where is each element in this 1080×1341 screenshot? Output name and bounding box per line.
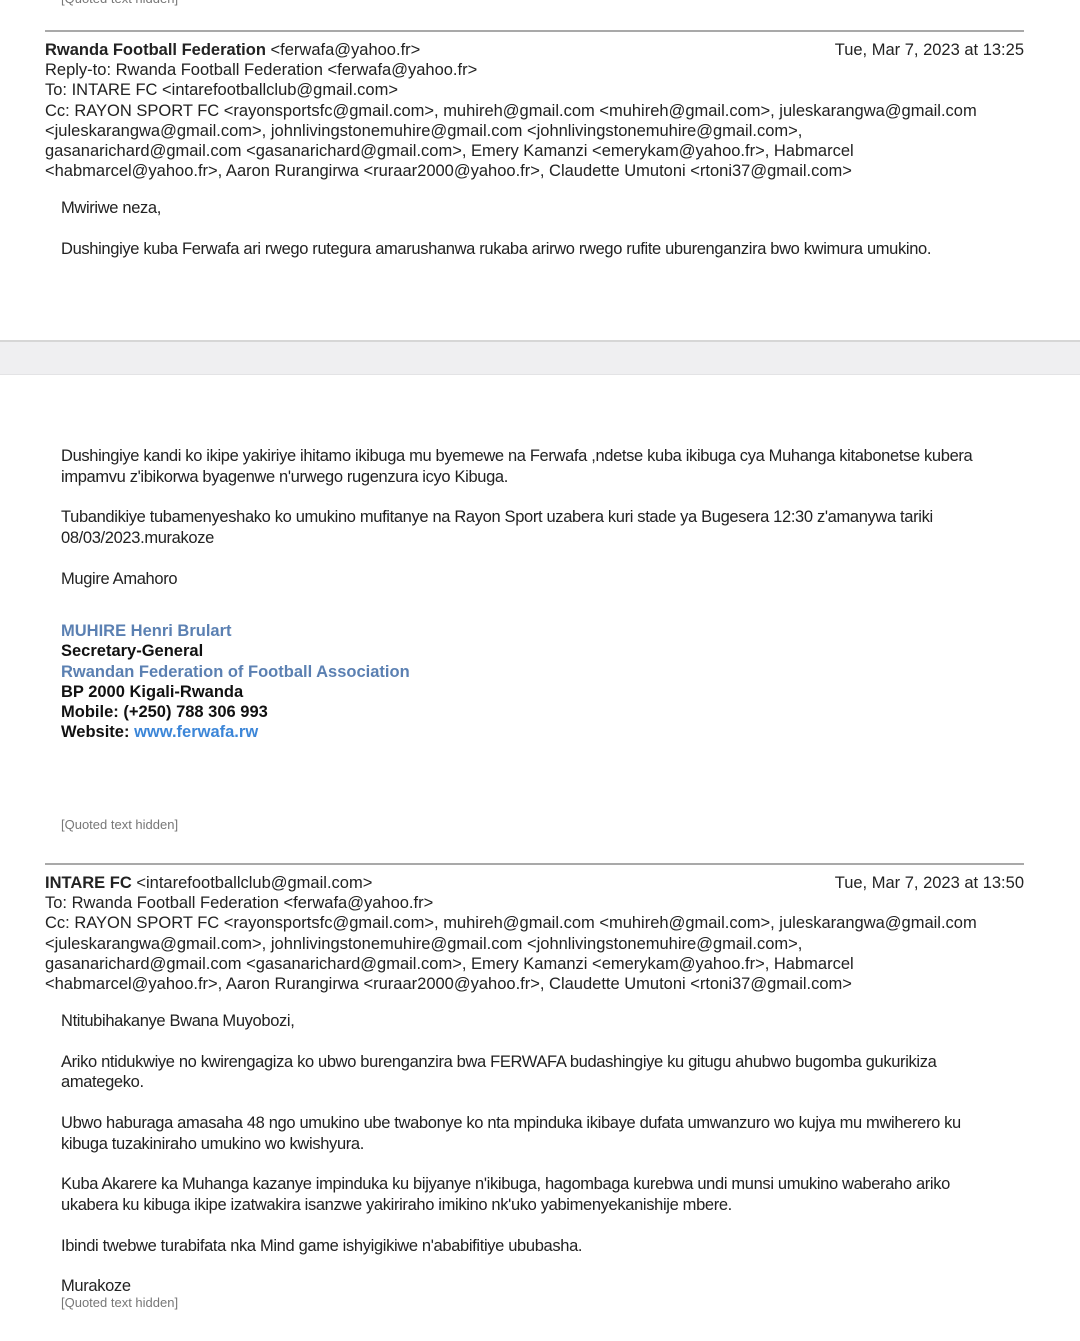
message1-to: To: INTARE FC <intarefootballclub@gmail.… xyxy=(45,80,1024,100)
body-paragraph: Tubandikiye tubamenyeshako ko umukino mu… xyxy=(61,507,1001,548)
email-thread-page: [Quoted text hidden] Rwanda Football Fed… xyxy=(0,0,1080,1341)
signature-website-link[interactable]: www.ferwafa.rw xyxy=(134,723,258,741)
message1-sender-email: <ferwafa@yahoo.fr> xyxy=(271,41,421,59)
signature-website-row: Website: www.ferwafa.rw xyxy=(61,722,410,742)
cc-line: <juleskarangwa@gmail.com>, johnlivingsto… xyxy=(45,934,1024,954)
page-break-band xyxy=(0,340,1080,375)
message1-sender-name: Rwanda Football Federation xyxy=(45,41,266,59)
signature-mobile: Mobile: (+250) 788 306 993 xyxy=(61,702,410,722)
message-divider xyxy=(45,30,1024,32)
message1-body-part2: Dushingiye kandi ko ikipe yakiriye ihita… xyxy=(61,446,1001,589)
cc-line: <juleskarangwa@gmail.com>, johnlivingsto… xyxy=(45,121,1024,141)
message-divider xyxy=(45,863,1024,865)
message2-header: INTARE FC <intarefootballclub@gmail.com>… xyxy=(45,873,1024,994)
message1-header: Rwanda Football Federation <ferwafa@yaho… xyxy=(45,40,1024,181)
message1-from: Rwanda Football Federation <ferwafa@yaho… xyxy=(45,40,420,60)
quoted-text-hidden[interactable]: [Quoted text hidden] xyxy=(61,817,178,832)
signature-title: Secretary-General xyxy=(61,641,410,661)
signature-name: MUHIRE Henri Brulart xyxy=(61,621,410,641)
body-paragraph: Kuba Akarere ka Muhanga kazanye impinduk… xyxy=(61,1174,1001,1215)
message1-body-part1: Mwiriwe neza, Dushingiye kuba Ferwafa ar… xyxy=(61,198,1001,259)
body-paragraph: Dushingiye kuba Ferwafa ari rwego rutegu… xyxy=(61,239,1001,260)
body-paragraph: Mwiriwe neza, xyxy=(61,198,1001,219)
quoted-text-hidden-top[interactable]: [Quoted text hidden] xyxy=(61,0,178,6)
cc-line: gasanarichard@gmail.com <gasanarichard@g… xyxy=(45,954,1024,974)
message1-cc: Cc: RAYON SPORT FC <rayonsportsfc@gmail.… xyxy=(45,101,1024,182)
cc-line: <habmarcel@yahoo.fr>, Aaron Rurangirwa <… xyxy=(45,161,1024,181)
body-paragraph: Murakoze xyxy=(61,1276,1001,1297)
message2-to: To: Rwanda Football Federation <ferwafa@… xyxy=(45,893,1024,913)
message2-sender-name: INTARE FC xyxy=(45,874,132,892)
cc-line: Cc: RAYON SPORT FC <rayonsportsfc@gmail.… xyxy=(45,101,1024,121)
body-paragraph: Ubwo haburaga amasaha 48 ngo umukino ube… xyxy=(61,1113,1001,1154)
message2-cc: Cc: RAYON SPORT FC <rayonsportsfc@gmail.… xyxy=(45,913,1024,994)
cc-line: Cc: RAYON SPORT FC <rayonsportsfc@gmail.… xyxy=(45,913,1024,933)
signature-organization: Rwandan Federation of Football Associati… xyxy=(61,662,410,682)
cc-line: gasanarichard@gmail.com <gasanarichard@g… xyxy=(45,141,1024,161)
body-paragraph: Ariko ntidukwiye no kwirengagiza ko ubwo… xyxy=(61,1052,1001,1093)
message2-date: Tue, Mar 7, 2023 at 13:50 xyxy=(835,873,1024,893)
message2-body: Ntitubihakanye Bwana Muyobozi, Ariko nti… xyxy=(61,1011,1001,1297)
email-signature: MUHIRE Henri Brulart Secretary-General R… xyxy=(61,621,410,743)
signature-address: BP 2000 Kigali-Rwanda xyxy=(61,682,410,702)
signature-website-label: Website: xyxy=(61,723,129,741)
message2-from: INTARE FC <intarefootballclub@gmail.com> xyxy=(45,873,372,893)
body-paragraph: Ibindi twebwe turabifata nka Mind game i… xyxy=(61,1236,1001,1257)
message2-sender-email: <intarefootballclub@gmail.com> xyxy=(136,874,372,892)
body-paragraph: Mugire Amahoro xyxy=(61,569,1001,590)
message1-reply-to: Reply-to: Rwanda Football Federation <fe… xyxy=(45,60,1024,80)
body-paragraph: Ntitubihakanye Bwana Muyobozi, xyxy=(61,1011,1001,1032)
body-paragraph: Dushingiye kandi ko ikipe yakiriye ihita… xyxy=(61,446,1001,487)
message1-date: Tue, Mar 7, 2023 at 13:25 xyxy=(835,40,1024,60)
quoted-text-hidden[interactable]: [Quoted text hidden] xyxy=(61,1295,178,1310)
cc-line: <habmarcel@yahoo.fr>, Aaron Rurangirwa <… xyxy=(45,974,1024,994)
